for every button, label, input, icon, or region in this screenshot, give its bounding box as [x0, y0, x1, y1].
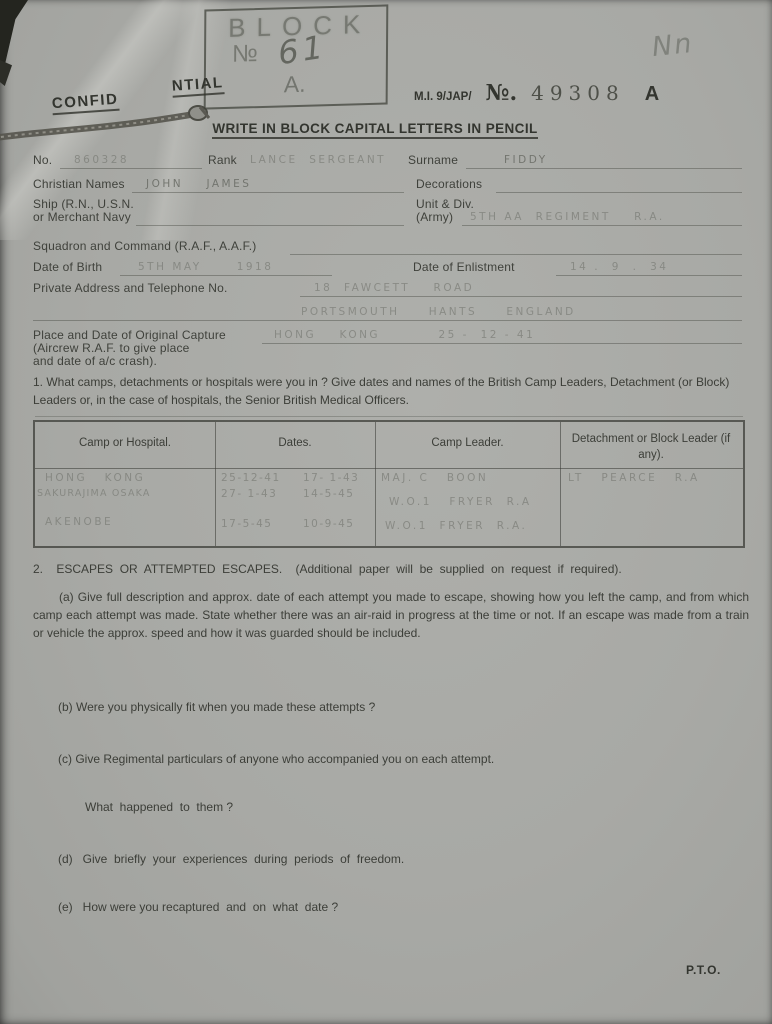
- capture-label-line3: and date of a/c crash).: [33, 354, 157, 368]
- date-of-birth-label: Date of Birth: [33, 260, 102, 274]
- question-2-heading: 2. ESCAPES OR ATTEMPTED ESCAPES. (Additi…: [33, 560, 747, 578]
- table-row-detachment: LT PEARCE R.A: [568, 472, 700, 484]
- table-row-date-from: 25-12-41: [221, 472, 281, 484]
- table-header-divider: [35, 468, 743, 469]
- table-header-leader: Camp Leader.: [375, 436, 560, 452]
- capture-field: HONG KONG 25 - 12 - 41: [262, 325, 742, 344]
- table-row-leader: W.O.1 FRYER R.A: [389, 496, 532, 508]
- block-stamp: BLOCK № 61 A.: [204, 4, 389, 109]
- table-header-dates: Dates.: [215, 436, 375, 452]
- table-row-date-to: 17- 1-43: [303, 472, 359, 484]
- decorations-label: Decorations: [416, 177, 482, 191]
- address-field-line2: PORTSMOUTH HANTS ENGLAND: [33, 302, 742, 321]
- question-2c2-text: What happened to them ?: [85, 798, 585, 816]
- ship-label-line2: or Merchant Navy: [33, 210, 131, 224]
- surname-value: FIDDY: [504, 154, 548, 166]
- question-2c-text: (c) Give Regimental particulars of anyon…: [58, 750, 708, 768]
- no-field: 860328: [60, 150, 202, 169]
- date-of-birth-value: 5TH MAY 1918: [138, 261, 273, 273]
- ship-label-line1: Ship (R.N., U.S.N.: [33, 197, 134, 211]
- rank-field: LANCE SERGEANT: [246, 150, 404, 168]
- rank-label: Rank: [208, 153, 237, 167]
- question-2d-text: (d) Give briefly your experiences during…: [58, 850, 708, 868]
- block-stamp-number: 61: [276, 27, 329, 72]
- table-header-detachment: Detachment or Block Leader (if any).: [570, 432, 732, 463]
- block-stamp-letter: A.: [284, 71, 306, 99]
- no-value: 860328: [74, 154, 129, 166]
- address-field-line1: 18 FAWCETT ROAD: [300, 278, 742, 297]
- form-heading-text: WRITE IN BLOCK CAPITAL LETTERS IN PENCIL: [212, 121, 537, 139]
- pow-questionnaire-form: BLOCK № 61 A. Nn NTIAL CONFID M.I. 9/JAP…: [0, 0, 772, 1024]
- address-label: Private Address and Telephone No.: [33, 281, 228, 295]
- address-value-line2: PORTSMOUTH HANTS ENGLAND: [301, 306, 576, 318]
- table-row-camp: AKENOBE: [45, 516, 113, 528]
- unit-value: 5TH AA REGIMENT R.A.: [470, 211, 665, 223]
- christian-names-field: JOHN JAMES: [132, 174, 404, 193]
- table-row-date-to: 14-5-45: [303, 488, 354, 500]
- table-row-camp: HONG KONG: [45, 472, 145, 484]
- question-2a-text: (a) Give full description and approx. da…: [33, 588, 749, 642]
- camps-table: Camp or Hospital. Dates. Camp Leader. De…: [33, 420, 745, 548]
- ref-prefix: M.I. 9/JAP/: [414, 91, 472, 103]
- form-heading: WRITE IN BLOCK CAPITAL LETTERS IN PENCIL: [160, 120, 590, 138]
- ref-number: 49308: [531, 81, 625, 105]
- question-2b-text: (b) Were you physically fit when you mad…: [58, 698, 708, 716]
- table-row-date-to: 10-9-45: [303, 518, 354, 530]
- date-of-enlistment-field: 14 . 9 . 34: [556, 257, 742, 276]
- capture-label-line2: (Aircrew R.A.F. to give place: [33, 341, 190, 355]
- surname-field: FIDDY: [466, 150, 742, 169]
- rank-value: LANCE SERGEANT: [250, 154, 386, 166]
- unit-field: 5TH AA REGIMENT R.A.: [462, 207, 742, 226]
- decorations-field: [496, 174, 742, 193]
- unit-label-line2: (Army): [416, 210, 453, 224]
- date-of-birth-field: 5TH MAY 1918: [120, 257, 332, 276]
- block-stamp-no-sign: №: [232, 40, 258, 69]
- capture-label-line1: Place and Date of Original Capture: [33, 328, 226, 342]
- table-row-camp: SAKURAJIMA OSAKA: [37, 488, 151, 499]
- table-row-leader: W.O.1 FRYER R.A.: [385, 520, 527, 532]
- christian-names-value: JOHN JAMES: [146, 178, 251, 190]
- table-row-date-from: 27- 1-43: [221, 488, 277, 500]
- table-col-divider-3: [560, 422, 561, 546]
- reference-number-line: M.I. 9/JAP/ №. 49308 A: [414, 80, 659, 106]
- table-row-leader: MAJ. C BOON: [381, 472, 488, 484]
- question-1-text: 1. What camps, detachments or hospitals …: [33, 373, 747, 409]
- date-of-enlistment-value: 14 . 9 . 34: [570, 261, 668, 273]
- classification-upper: NTIAL: [171, 74, 224, 98]
- pto-label: P.T.O.: [686, 963, 721, 977]
- ship-field: [136, 207, 404, 226]
- address-value-line1: 18 FAWCETT ROAD: [314, 282, 474, 294]
- christian-names-label: Christian Names: [33, 177, 125, 191]
- capture-value: HONG KONG 25 - 12 - 41: [274, 329, 535, 341]
- table-top-hairline: [35, 416, 743, 417]
- pencil-initials: Nn: [650, 28, 694, 63]
- squadron-label: Squadron and Command (R.A.F., A.A.F.): [33, 239, 257, 253]
- no-label: No.: [33, 153, 52, 167]
- date-of-enlistment-label: Date of Enlistment: [413, 260, 515, 274]
- surname-label: Surname: [408, 153, 458, 167]
- squadron-field: [290, 236, 742, 255]
- ref-no-label: №.: [486, 80, 518, 106]
- table-row-date-from: 17-5-45: [221, 518, 272, 530]
- ref-series: A: [645, 83, 659, 106]
- table-header-camp: Camp or Hospital.: [35, 436, 215, 452]
- question-2e-text: (e) How were you recaptured and on what …: [58, 898, 708, 916]
